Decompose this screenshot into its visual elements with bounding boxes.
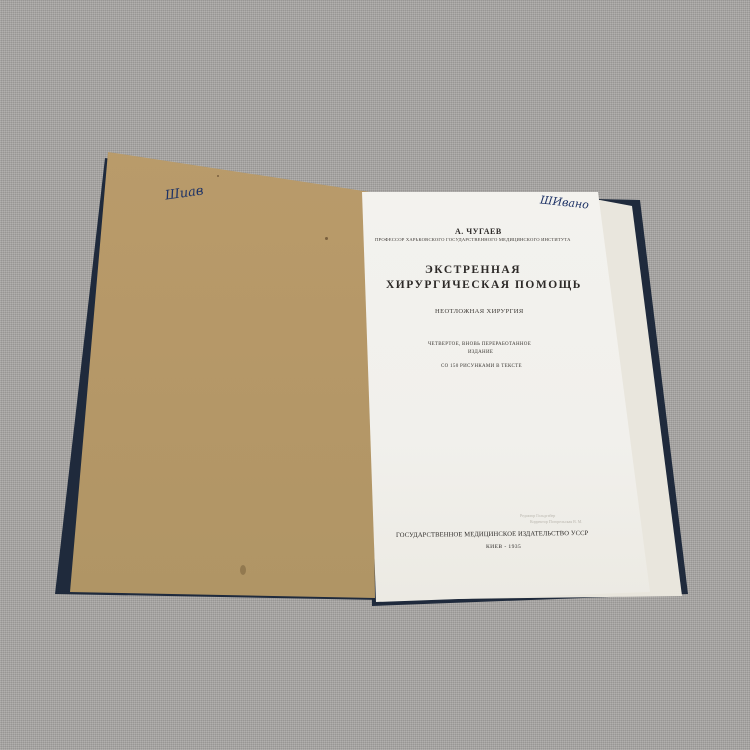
paper-spot xyxy=(217,175,219,177)
paper-stain xyxy=(240,565,246,575)
left-endpaper xyxy=(70,152,375,598)
book-title-line-2: ХИРУРГИЧЕСКАЯ ПОМОЩЬ xyxy=(386,279,582,291)
figures-note: СО 150 РИСУНКАМИ В ТЕКСТЕ xyxy=(441,364,522,369)
edition-line-2: ИЗДАНИЕ xyxy=(468,350,493,355)
book-title-line-1: ЭКСТРЕННАЯ xyxy=(425,264,521,276)
paper-spot xyxy=(325,237,328,240)
author-affiliation: ПРОФЕССОР ХАРЬКОВСКОГО ГОСУДАРСТВЕННОГО … xyxy=(375,237,571,242)
faint-stamp-line-2: Корректор Погорельская В. М. xyxy=(530,519,582,524)
book-photo: Шиав ШИвано А. ЧУГАЕВ ПРОФЕССОР ХАРЬКОВС… xyxy=(0,0,750,750)
city-year: КИЕВ - 1935 xyxy=(486,544,521,550)
book-subtitle: НЕОТЛОЖНАЯ ХИРУРГИЯ xyxy=(435,308,524,315)
faint-stamp-line-1: Редактор Гольдгабер xyxy=(520,513,555,518)
author: А. ЧУГАЕВ xyxy=(455,227,502,236)
edition-line-1: ЧЕТВЕРТОЕ, ВНОВЬ ПЕРЕРАБОТАННОЕ xyxy=(428,342,531,347)
